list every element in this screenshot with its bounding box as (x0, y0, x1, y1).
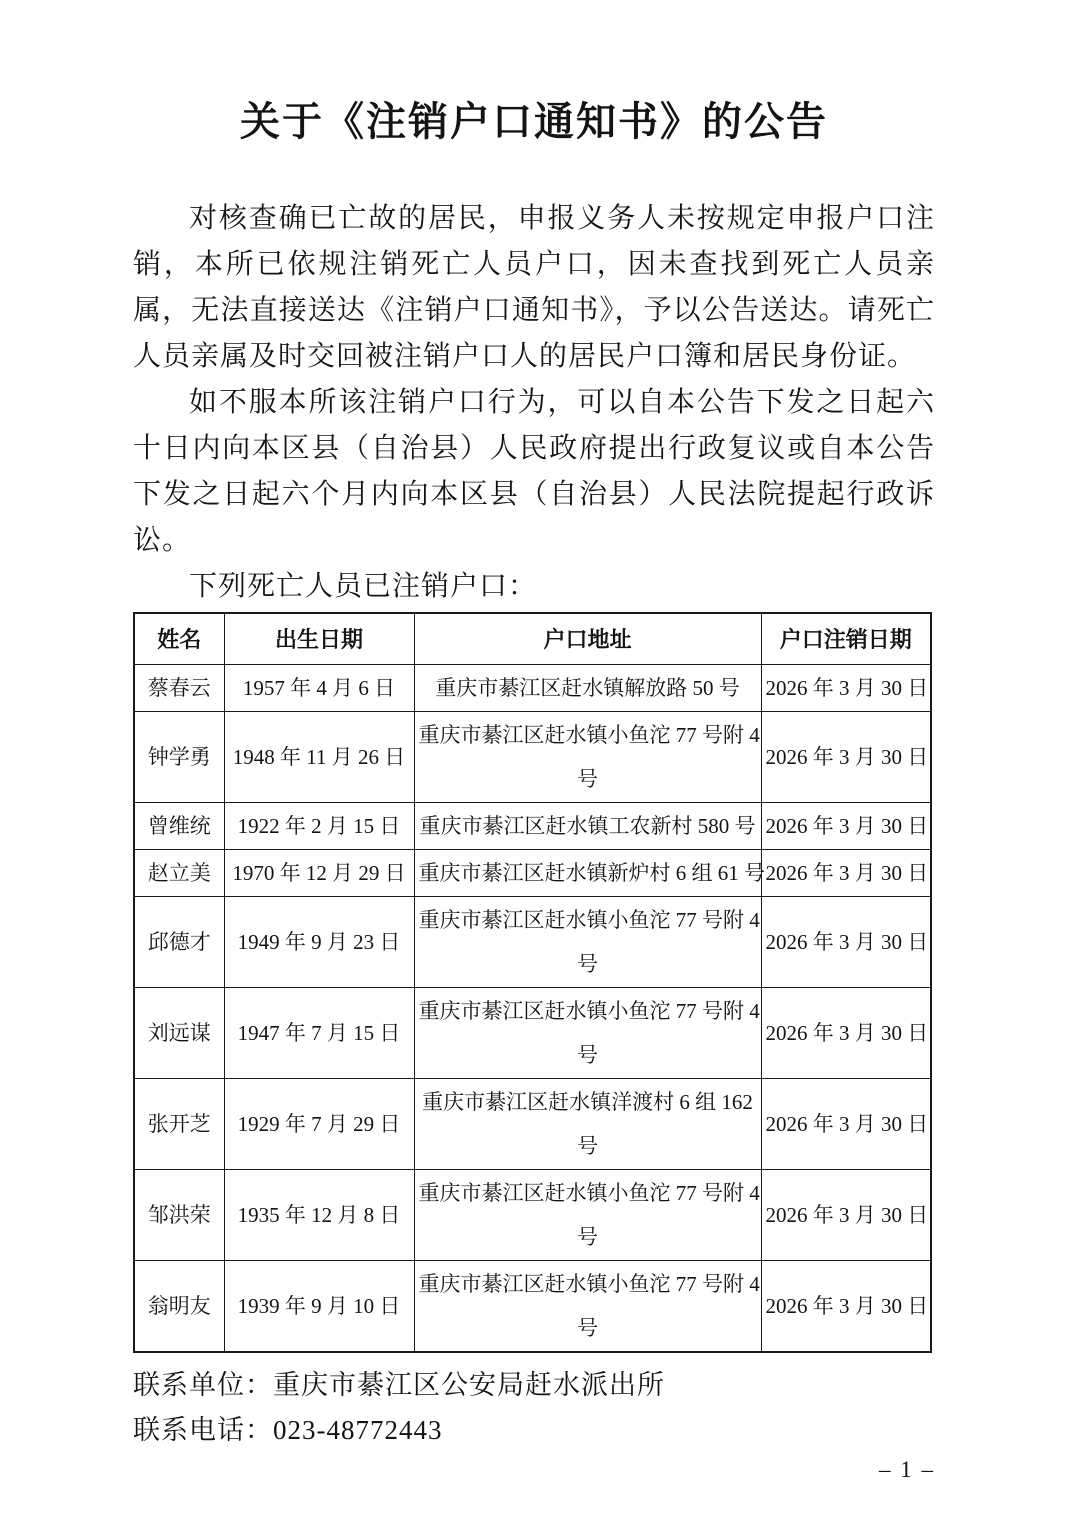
col-header-cancel-date: 户口注销日期 (761, 613, 931, 664)
deceased-persons-table: 姓名 出生日期 户口地址 户口注销日期 蔡春云 1957 年 4 月 6 日 重… (133, 612, 932, 1353)
cell-name: 刘远谋 (134, 987, 224, 1078)
cell-address: 重庆市綦江区赶水镇小鱼沱 77 号附 4 号 (414, 711, 761, 802)
cell-birth-date: 1929 年 7 月 29 日 (224, 1078, 414, 1169)
cell-cancel-date: 2026 年 3 月 30 日 (761, 849, 931, 896)
cell-birth-date: 1922 年 2 月 15 日 (224, 802, 414, 849)
contact-unit: 联系单位：重庆市綦江区公安局赶水派出所 (133, 1363, 935, 1408)
cell-birth-date: 1949 年 9 月 23 日 (224, 896, 414, 987)
cell-address: 重庆市綦江区赶水镇小鱼沱 77 号附 4 号 (414, 896, 761, 987)
cell-address: 重庆市綦江区赶水镇小鱼沱 77 号附 4 号 (414, 987, 761, 1078)
cell-address: 重庆市綦江区赶水镇工农新村 580 号 (414, 802, 761, 849)
cell-name: 蔡春云 (134, 664, 224, 711)
cell-name: 曾维统 (134, 802, 224, 849)
cell-cancel-date: 2026 年 3 月 30 日 (761, 1078, 931, 1169)
table-row: 翁明友 1939 年 9 月 10 日 重庆市綦江区赶水镇小鱼沱 77 号附 4… (134, 1260, 931, 1352)
cell-address: 重庆市綦江区赶水镇小鱼沱 77 号附 4 号 (414, 1169, 761, 1260)
col-header-name: 姓名 (134, 613, 224, 664)
cell-cancel-date: 2026 年 3 月 30 日 (761, 1169, 931, 1260)
table-header-row: 姓名 出生日期 户口地址 户口注销日期 (134, 613, 931, 664)
cell-cancel-date: 2026 年 3 月 30 日 (761, 896, 931, 987)
cell-birth-date: 1948 年 11 月 26 日 (224, 711, 414, 802)
cell-cancel-date: 2026 年 3 月 30 日 (761, 1260, 931, 1352)
cell-birth-date: 1935 年 12 月 8 日 (224, 1169, 414, 1260)
cell-name: 邹洪荣 (134, 1169, 224, 1260)
paragraph-appeal-rights: 如不服本所该注销户口行为，可以自本公告下发之日起六十日内向本区县（自治县）人民政… (133, 380, 935, 564)
cell-cancel-date: 2026 年 3 月 30 日 (761, 802, 931, 849)
cell-name: 张开芝 (134, 1078, 224, 1169)
paragraph-notice: 对核查确已亡故的居民，申报义务人未按规定申报户口注销，本所已依规注销死亡人员户口… (133, 196, 935, 380)
table-row: 邹洪荣 1935 年 12 月 8 日 重庆市綦江区赶水镇小鱼沱 77 号附 4… (134, 1169, 931, 1260)
table-row: 刘远谋 1947 年 7 月 15 日 重庆市綦江区赶水镇小鱼沱 77 号附 4… (134, 987, 931, 1078)
cell-cancel-date: 2026 年 3 月 30 日 (761, 987, 931, 1078)
cell-address: 重庆市綦江区赶水镇解放路 50 号 (414, 664, 761, 711)
table-lead-in: 下列死亡人员已注销户口： (133, 564, 935, 610)
cell-birth-date: 1970 年 12 月 29 日 (224, 849, 414, 896)
page-title: 关于《注销户口通知书》的公告 (133, 94, 935, 150)
announcement-document: 关于《注销户口通知书》的公告 对核查确已亡故的居民，申报义务人未按规定申报户口注… (0, 0, 1074, 1520)
cell-name: 翁明友 (134, 1260, 224, 1352)
cell-birth-date: 1939 年 9 月 10 日 (224, 1260, 414, 1352)
table-row: 曾维统 1922 年 2 月 15 日 重庆市綦江区赶水镇工农新村 580 号 … (134, 802, 931, 849)
cell-address: 重庆市綦江区赶水镇小鱼沱 77 号附 4 号 (414, 1260, 761, 1352)
cell-birth-date: 1957 年 4 月 6 日 (224, 664, 414, 711)
contact-phone: 联系电话：023-48772443 (133, 1408, 935, 1453)
col-header-birth-date: 出生日期 (224, 613, 414, 664)
cell-birth-date: 1947 年 7 月 15 日 (224, 987, 414, 1078)
cell-name: 赵立美 (134, 849, 224, 896)
col-header-address: 户口地址 (414, 613, 761, 664)
cell-name: 邱德才 (134, 896, 224, 987)
table-row: 邱德才 1949 年 9 月 23 日 重庆市綦江区赶水镇小鱼沱 77 号附 4… (134, 896, 931, 987)
table-row: 蔡春云 1957 年 4 月 6 日 重庆市綦江区赶水镇解放路 50 号 202… (134, 664, 931, 711)
cell-name: 钟学勇 (134, 711, 224, 802)
cell-cancel-date: 2026 年 3 月 30 日 (761, 664, 931, 711)
cell-address: 重庆市綦江区赶水镇新炉村 6 组 61 号 (414, 849, 761, 896)
table-row: 钟学勇 1948 年 11 月 26 日 重庆市綦江区赶水镇小鱼沱 77 号附 … (134, 711, 931, 802)
cell-cancel-date: 2026 年 3 月 30 日 (761, 711, 931, 802)
table-row: 张开芝 1929 年 7 月 29 日 重庆市綦江区赶水镇洋渡村 6 组 162… (134, 1078, 931, 1169)
page-number: – 1 – (133, 1457, 935, 1483)
table-row: 赵立美 1970 年 12 月 29 日 重庆市綦江区赶水镇新炉村 6 组 61… (134, 849, 931, 896)
cell-address: 重庆市綦江区赶水镇洋渡村 6 组 162 号 (414, 1078, 761, 1169)
